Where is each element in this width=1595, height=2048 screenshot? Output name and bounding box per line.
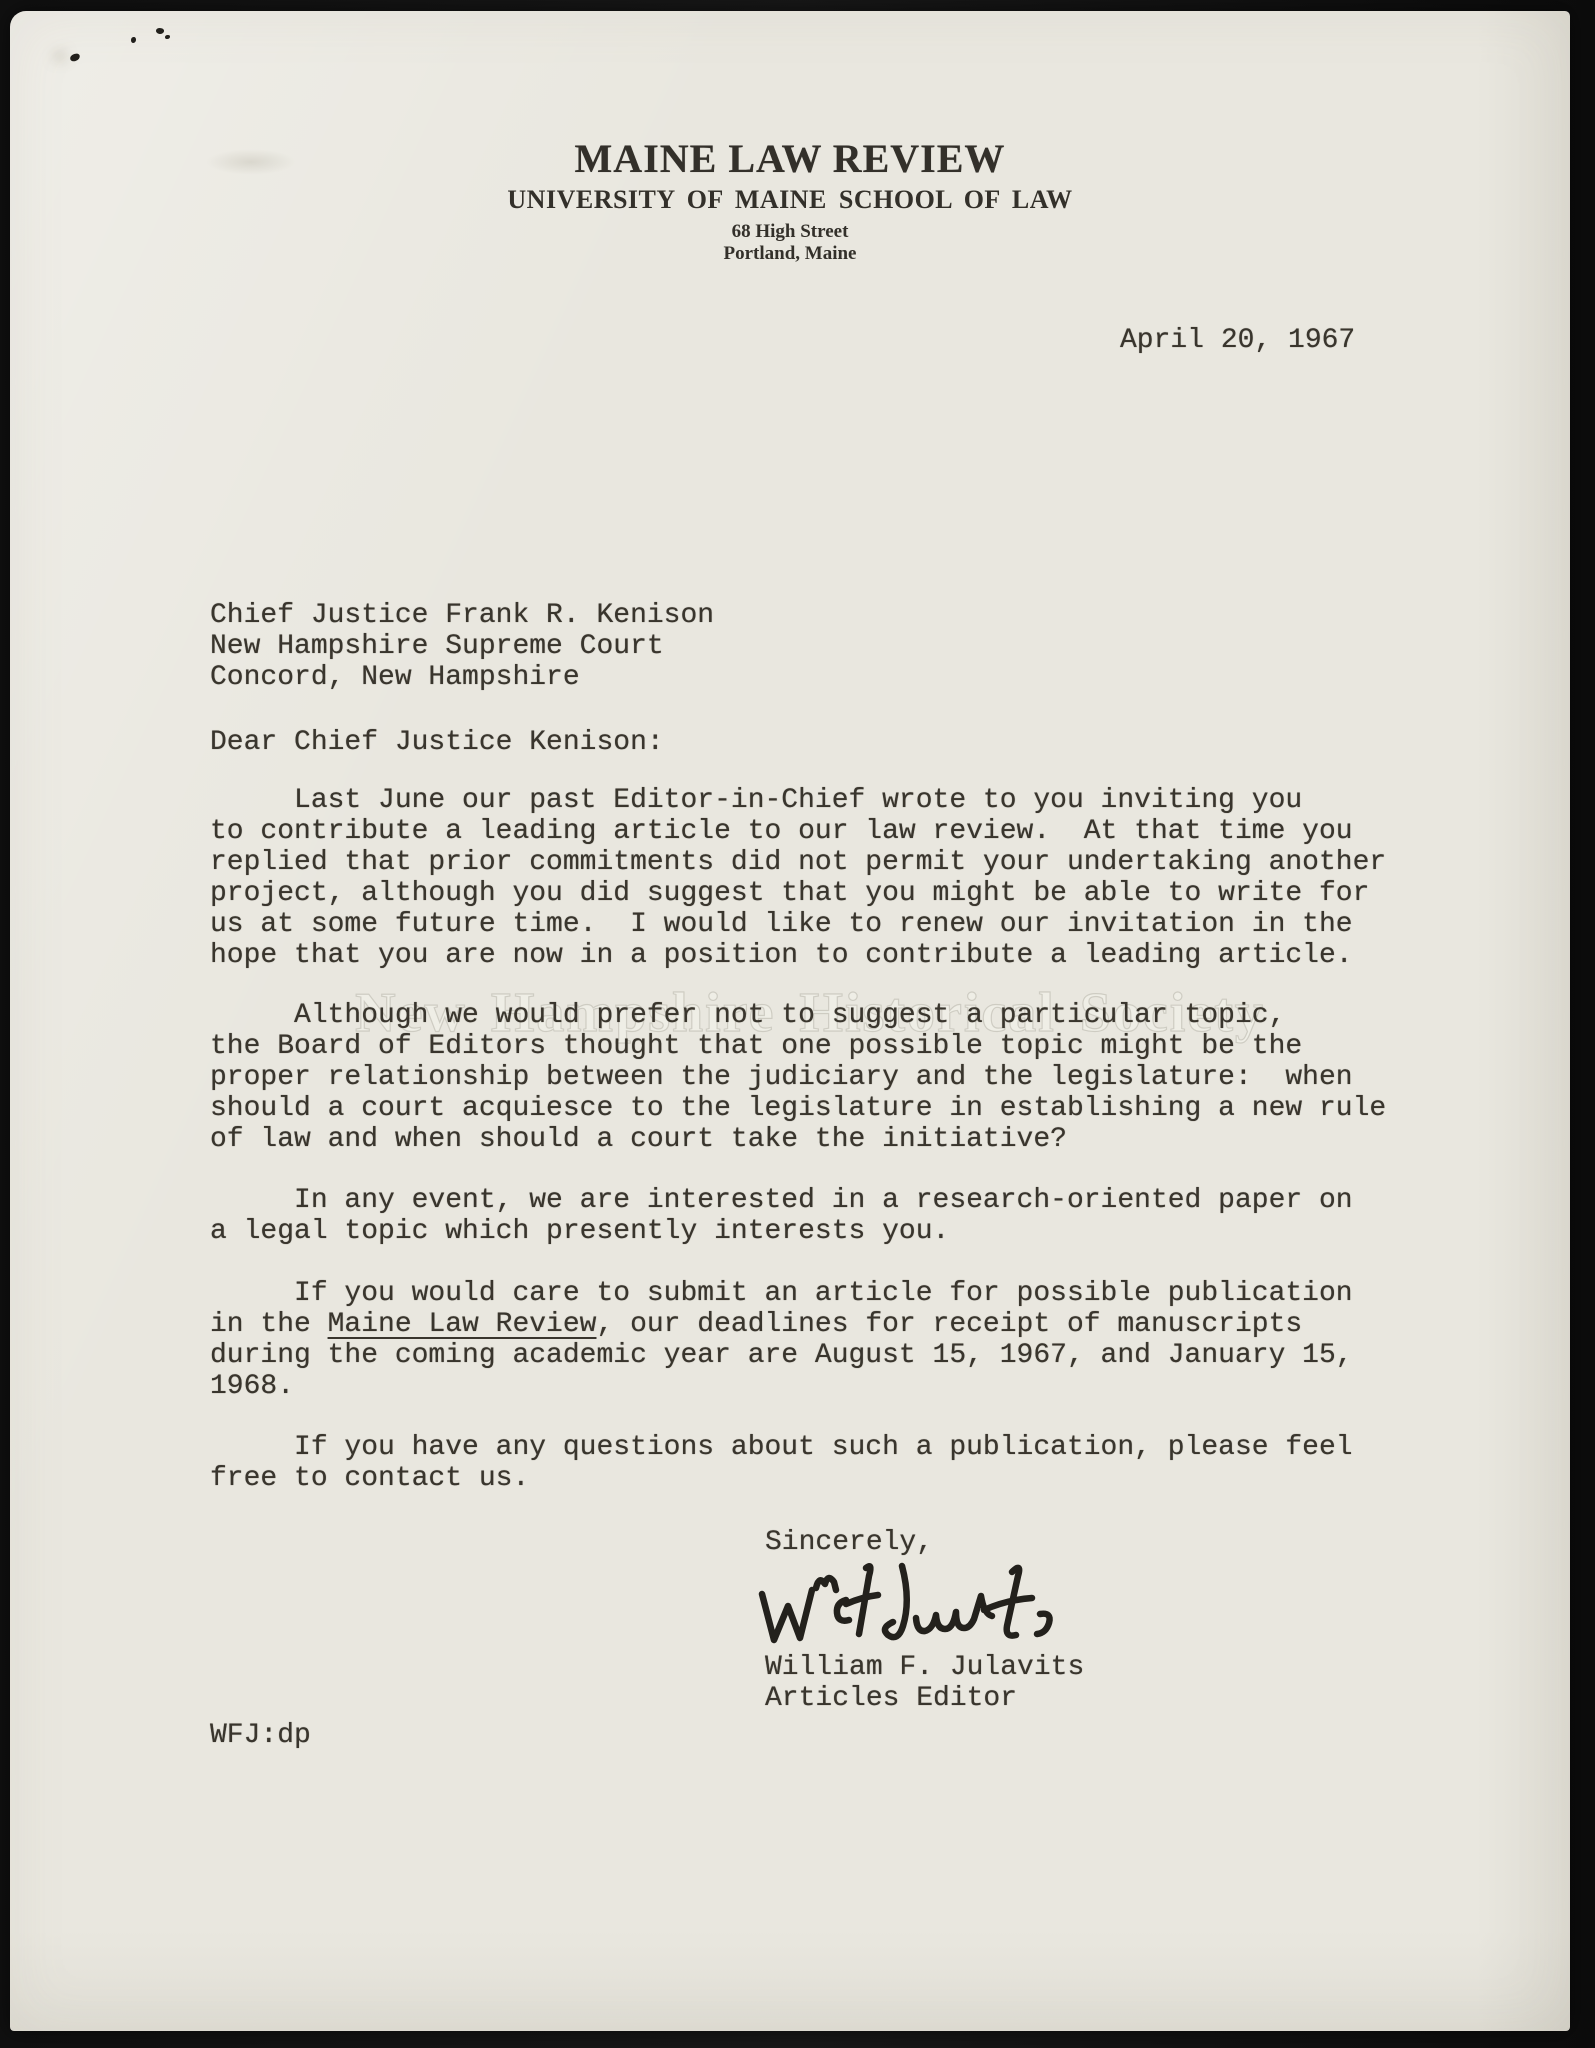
staple-mark bbox=[69, 53, 81, 63]
staple-mark bbox=[131, 37, 136, 43]
letterhead-city: Portland, Maine bbox=[10, 243, 1570, 265]
paragraph-contact: If you have any questions about such a p… bbox=[210, 1432, 1386, 1494]
salutation: Dear Chief Justice Kenison: bbox=[210, 727, 1386, 758]
letterhead: MAINE LAW REVIEW UNIVERSITY OF MAINE SCH… bbox=[10, 139, 1570, 265]
date-line: April 20, 1967 bbox=[1120, 325, 1355, 356]
paragraph-deadlines: If you would care to submit an article f… bbox=[210, 1278, 1386, 1402]
handwritten-signature bbox=[750, 1560, 1070, 1652]
paragraph-research: In any event, we are interested in a res… bbox=[210, 1185, 1386, 1247]
signature-title: Articles Editor bbox=[765, 1683, 1386, 1714]
staple-mark bbox=[165, 35, 170, 39]
staple-mark bbox=[155, 27, 164, 35]
publication-name-underlined: Maine Law Review bbox=[328, 1309, 597, 1340]
closing-sincerely: Sincerely, bbox=[765, 1527, 1386, 1558]
paragraph-topic: Although we would prefer not to suggest … bbox=[210, 1000, 1386, 1155]
letter-body: Chief Justice Frank R. Kenison New Hamps… bbox=[210, 600, 1386, 1751]
letter-paper: MAINE LAW REVIEW UNIVERSITY OF MAINE SCH… bbox=[10, 11, 1570, 2031]
recipient-address: Chief Justice Frank R. Kenison New Hamps… bbox=[210, 600, 1386, 693]
letterhead-street: 68 High Street bbox=[10, 221, 1570, 243]
letterhead-title: MAINE LAW REVIEW bbox=[10, 139, 1570, 179]
letterhead-subtitle: UNIVERSITY OF MAINE SCHOOL OF LAW bbox=[10, 186, 1570, 214]
reference-initials: WFJ:dp bbox=[210, 1720, 1386, 1751]
paragraph-invitation: Last June our past Editor-in-Chief wrote… bbox=[210, 785, 1386, 971]
scanner-background: MAINE LAW REVIEW UNIVERSITY OF MAINE SCH… bbox=[0, 0, 1595, 2048]
signature-name: William F. Julavits bbox=[765, 1652, 1386, 1683]
